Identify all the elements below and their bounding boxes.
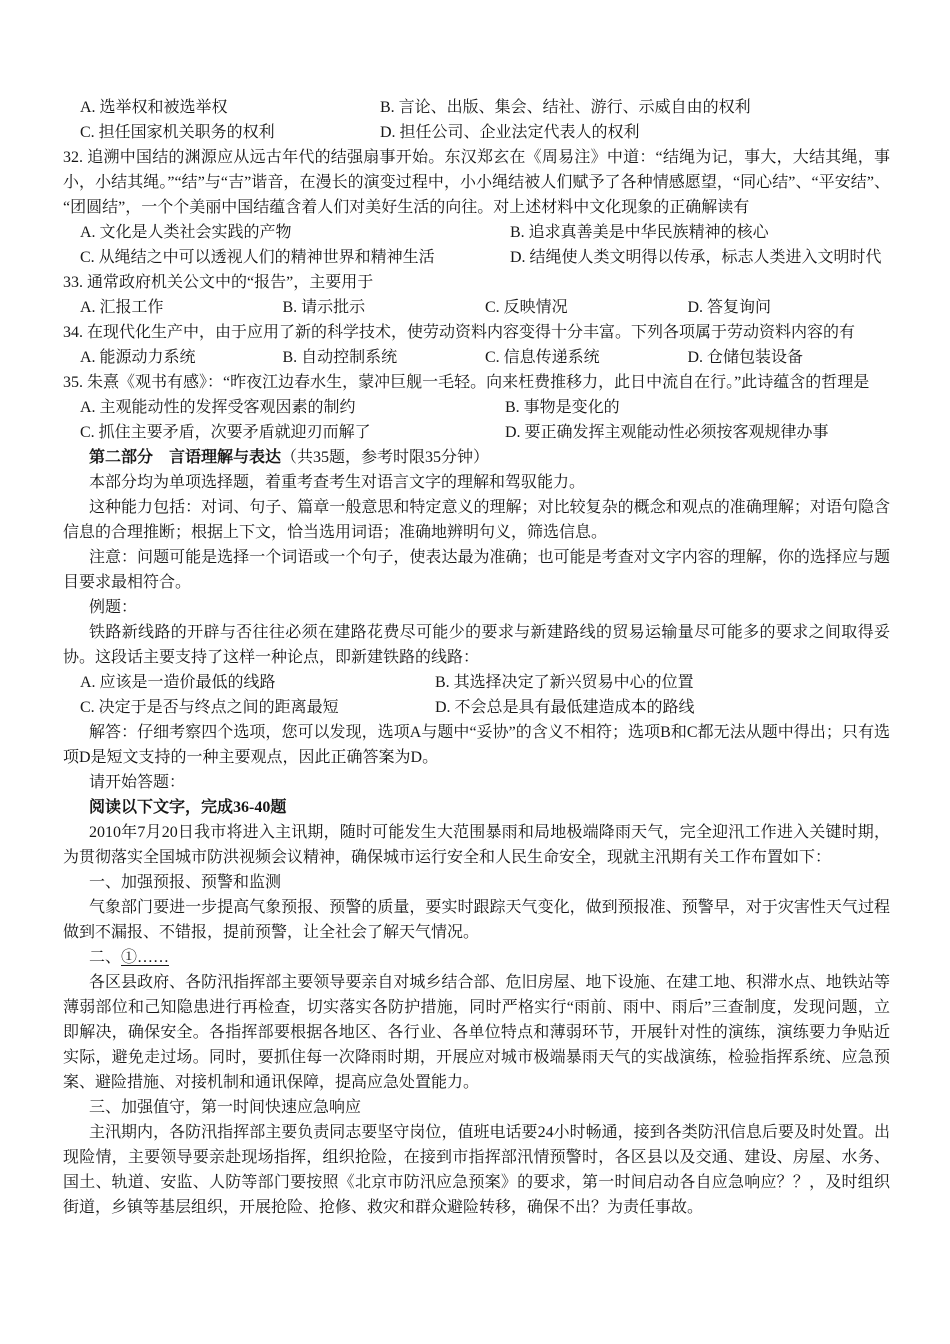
q33-options: A. 汇报工作B. 请示批示C. 反映情况D. 答复询问	[63, 295, 890, 320]
option-c: C. 担任国家机关职务的权利	[80, 120, 380, 145]
option-c: C. 决定于是否与终点之间的距离最短	[80, 695, 435, 720]
option-b: B. 言论、出版、集会、结社、游行、示威自由的权利	[380, 95, 890, 120]
section-2-intro: 本部分均为单项选择题，着重考查考生对语言文字的理解和驾驭能力。	[63, 470, 890, 495]
section-2-heading: 第二部分 言语理解与表达（共35题，参考时限35分钟）	[63, 445, 890, 470]
section-title-note: （共35题，参考时限35分钟）	[281, 449, 489, 466]
q35-options-ab: A. 主观能动性的发挥受客观因素的制约B. 事物是变化的	[63, 395, 890, 420]
option-a: A. 主观能动性的发挥受客观因素的制约	[80, 395, 505, 420]
question-34: 34. 在现代化生产中，由于应用了新的科学技术，使劳动资料内容变得十分丰富。下列…	[63, 320, 890, 345]
begin-note: 请开始答题：	[63, 770, 890, 795]
section-title: 第二部分 言语理解与表达	[89, 449, 281, 466]
question-32: 32. 追溯中国结的渊源应从远古年代的结强扇事开始。东汉郑玄在《周易注》中道：“…	[63, 145, 890, 220]
option-d: D. 答复询问	[688, 295, 891, 320]
option-a: A. 选举权和被选举权	[80, 95, 380, 120]
q34-options: A. 能源动力系统B. 自动控制系统C. 信息传递系统D. 仓储包装设备	[63, 345, 890, 370]
example-answer: 解答：仔细考察四个选项，您可以发现，选项A与题中“妥协”的含义不相符；选项B和C…	[63, 720, 890, 770]
option-b: B. 请示批示	[283, 295, 486, 320]
q32-options-ab: A. 文化是人类社会实践的产物B. 追求真善美是中华民族精神的核心	[63, 220, 890, 245]
item-2-text: 各区县政府、各防汛指挥部主要领导要亲自对城乡结合部、危旧房屋、地下设施、在建工地…	[63, 970, 890, 1095]
example-label: 例题：	[63, 595, 890, 620]
option-c: C. 信息传递系统	[485, 345, 688, 370]
item-3-heading: 三、加强值守，第一时间快速应急响应	[63, 1095, 890, 1120]
item-2-heading: 二、①……	[63, 945, 890, 970]
option-c: C. 从绳结之中可以透视人们的精神世界和精神生活	[80, 245, 510, 270]
example-options-cd: C. 决定于是否与终点之间的距离最短D. 不会总是具有最低建造成本的路线	[63, 695, 890, 720]
option-d: D. 仓储包装设备	[688, 345, 891, 370]
q32-options-cd: C. 从绳结之中可以透视人们的精神世界和精神生活D. 结绳使人类文明得以传承，标…	[63, 245, 890, 270]
document-content: A. 选举权和被选举权B. 言论、出版、集会、结社、游行、示威自由的权利C. 担…	[63, 95, 890, 1220]
list-marker: 二、	[89, 949, 121, 966]
passage-paragraph-1: 2010年7月20日我市将进入主讯期，随时可能发生大范围暴雨和局地极端降雨天气，…	[63, 820, 890, 870]
exam-paper-page: A. 选举权和被选举权B. 言论、出版、集会、结社、游行、示威自由的权利C. 担…	[0, 0, 950, 1344]
question-33: 33. 通常政府机关公文中的“报告”，主要用于	[63, 270, 890, 295]
option-d: D. 结绳使人类文明得以传承，标志人类进入文明时代	[510, 245, 890, 270]
item-1-text: 气象部门要进一步提高气象预报、预警的质量，要实时跟踪天气变化，做到预报准、预警早…	[63, 895, 890, 945]
option-d: D. 担任公司、企业法定代表人的权利	[380, 120, 890, 145]
notice: 注意：问题可能是选择一个词语或一个句子，使表达最为准确；也可能是考查对文字内容的…	[63, 545, 890, 595]
option-a: A. 应该是一造价最低的线路	[80, 670, 435, 695]
q35-options-cd: C. 抓住主要矛盾，次要矛盾就迎刃而解了D. 要正确发挥主观能动性必须按客观规律…	[63, 420, 890, 445]
passage-heading: 阅读以下文字，完成36-40题	[63, 795, 890, 820]
blank-placeholder: ①……	[121, 949, 169, 966]
item-3-text: 主汛期内，各防汛指挥部主要负责同志要坚守岗位，值班电话要24小时畅通，接到各类防…	[63, 1120, 890, 1220]
option-b: B. 其选择决定了新兴贸易中心的位置	[435, 670, 890, 695]
option-b: B. 自动控制系统	[283, 345, 486, 370]
option-b: B. 事物是变化的	[505, 395, 890, 420]
q31-options-cd: C. 担任国家机关职务的权利D. 担任公司、企业法定代表人的权利	[63, 120, 890, 145]
option-a: A. 能源动力系统	[80, 345, 283, 370]
option-c: C. 反映情况	[485, 295, 688, 320]
q31-options-ab: A. 选举权和被选举权B. 言论、出版、集会、结社、游行、示威自由的权利	[63, 95, 890, 120]
example-text: 铁路新线路的开辟与否往往必须在建路花费尽可能少的要求与新建路线的贸易运输量尽可能…	[63, 620, 890, 670]
option-d: D. 不会总是具有最低建造成本的路线	[435, 695, 890, 720]
option-a: A. 汇报工作	[80, 295, 283, 320]
ability-description: 这种能力包括：对词、句子、篇章一般意思和特定意义的理解；对比较复杂的概念和观点的…	[63, 495, 890, 545]
option-c: C. 抓住主要矛盾，次要矛盾就迎刃而解了	[80, 420, 505, 445]
question-35: 35. 朱熹《观书有感》：“昨夜江边春水生，蒙冲巨舰一毛轻。向来枉费推移力，此日…	[63, 370, 890, 395]
option-d: D. 要正确发挥主观能动性必须按客观规律办事	[505, 420, 890, 445]
option-a: A. 文化是人类社会实践的产物	[80, 220, 510, 245]
example-options-ab: A. 应该是一造价最低的线路B. 其选择决定了新兴贸易中心的位置	[63, 670, 890, 695]
item-1-heading: 一、加强预报、预警和监测	[63, 870, 890, 895]
option-b: B. 追求真善美是中华民族精神的核心	[510, 220, 890, 245]
